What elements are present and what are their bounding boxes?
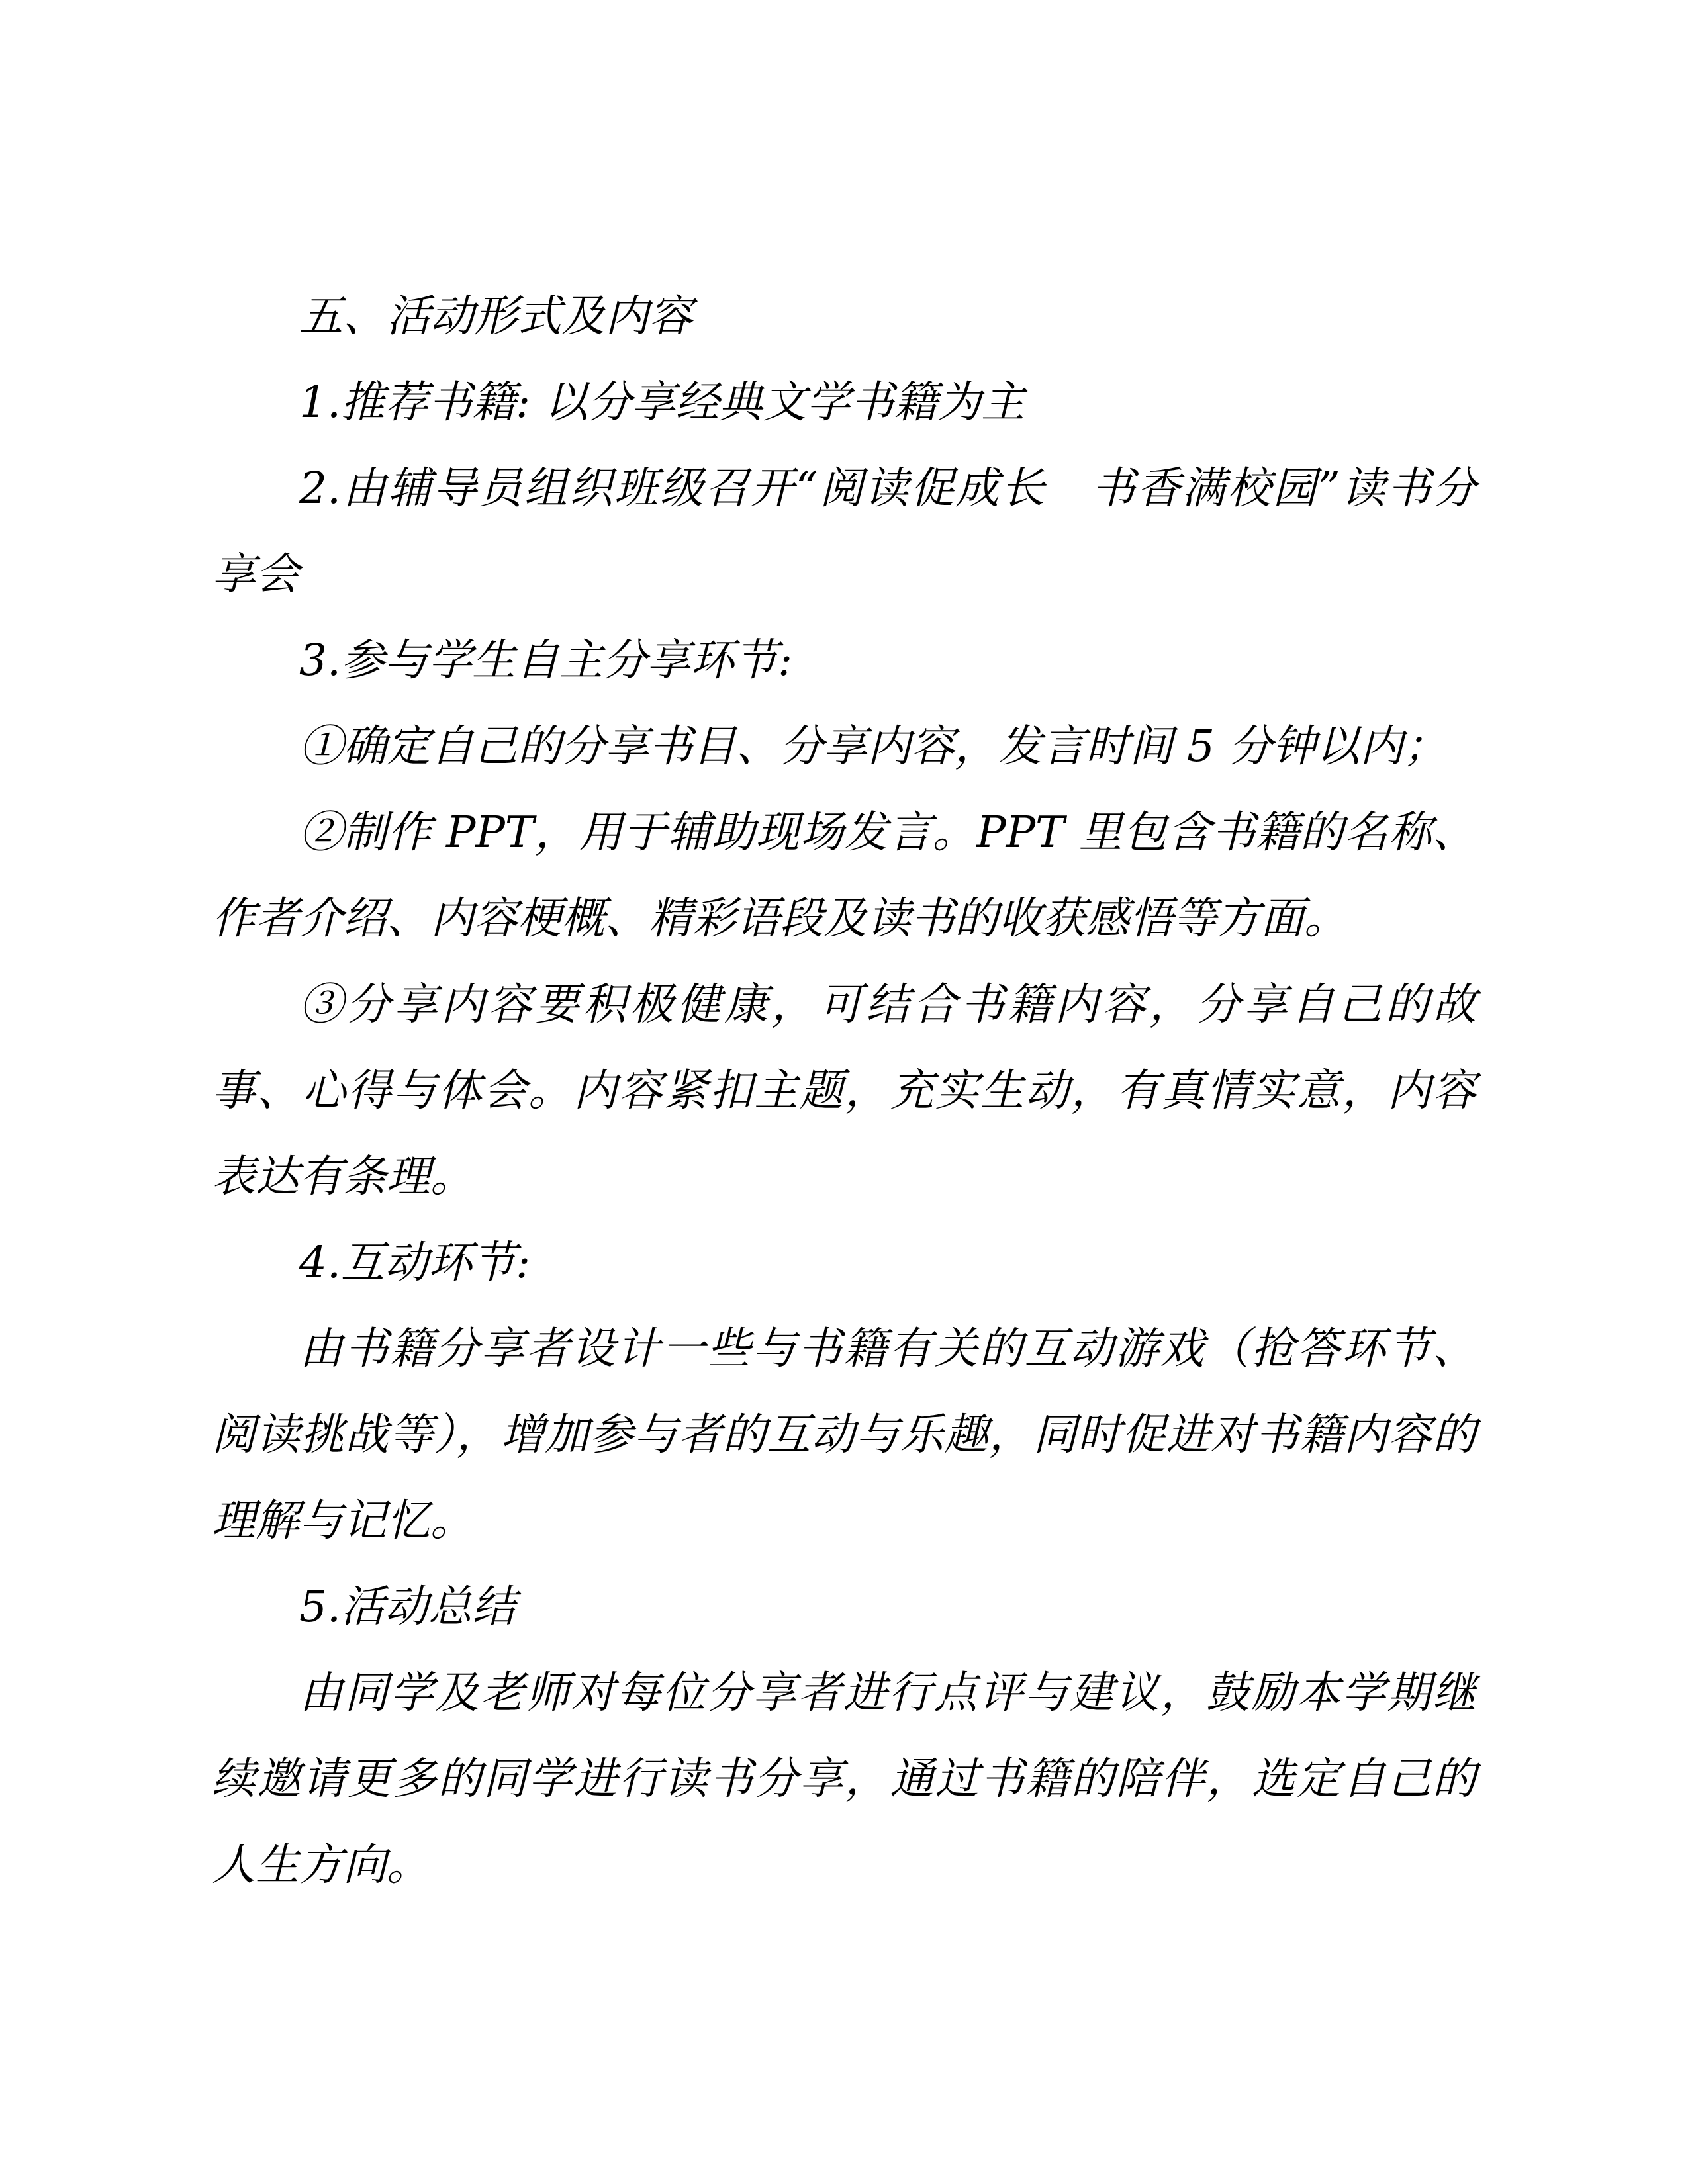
paragraph-item-2-ppt: ②制作 PPT，用于辅助现场发言。PPT 里包含书籍的名称、作者介绍、内容梗概、… [212, 790, 1476, 962]
paragraph-class-meeting: 2.由辅导员组织班级召开“阅读促成长 书香满校园”读书分享会 [212, 445, 1476, 617]
paragraph-interactive-games: 由书籍分享者设计一些与书籍有关的互动游戏（抢答环节、阅读挑战等），增加参与者的互… [212, 1306, 1476, 1564]
section-heading: 五、活动形式及内容 [212, 273, 1476, 359]
paragraph-item-1-book-selection: ①确定自己的分享书目、分享内容，发言时间 5 分钟以内； [212, 704, 1476, 790]
paragraph-summary-detail: 由同学及老师对每位分享者进行点评与建议，鼓励本学期继续邀请更多的同学进行读书分享… [212, 1650, 1476, 1908]
paragraph-student-sharing: 3.参与学生自主分享环节: [212, 617, 1476, 704]
document-page: 五、活动形式及内容 1.推荐书籍: 以分享经典文学书籍为主 2.由辅导员组织班级… [0, 0, 1688, 2184]
paragraph-item-3-content: ③分享内容要积极健康，可结合书籍内容，分享自己的故事、心得与体会。内容紧扣主题，… [212, 962, 1476, 1220]
paragraph-recommend-books: 1.推荐书籍: 以分享经典文学书籍为主 [212, 359, 1476, 445]
document-body: 五、活动形式及内容 1.推荐书籍: 以分享经典文学书籍为主 2.由辅导员组织班级… [0, 0, 1688, 2184]
paragraph-activity-summary: 5.活动总结 [212, 1564, 1476, 1650]
paragraph-interactive-session: 4.互动环节: [212, 1220, 1476, 1306]
